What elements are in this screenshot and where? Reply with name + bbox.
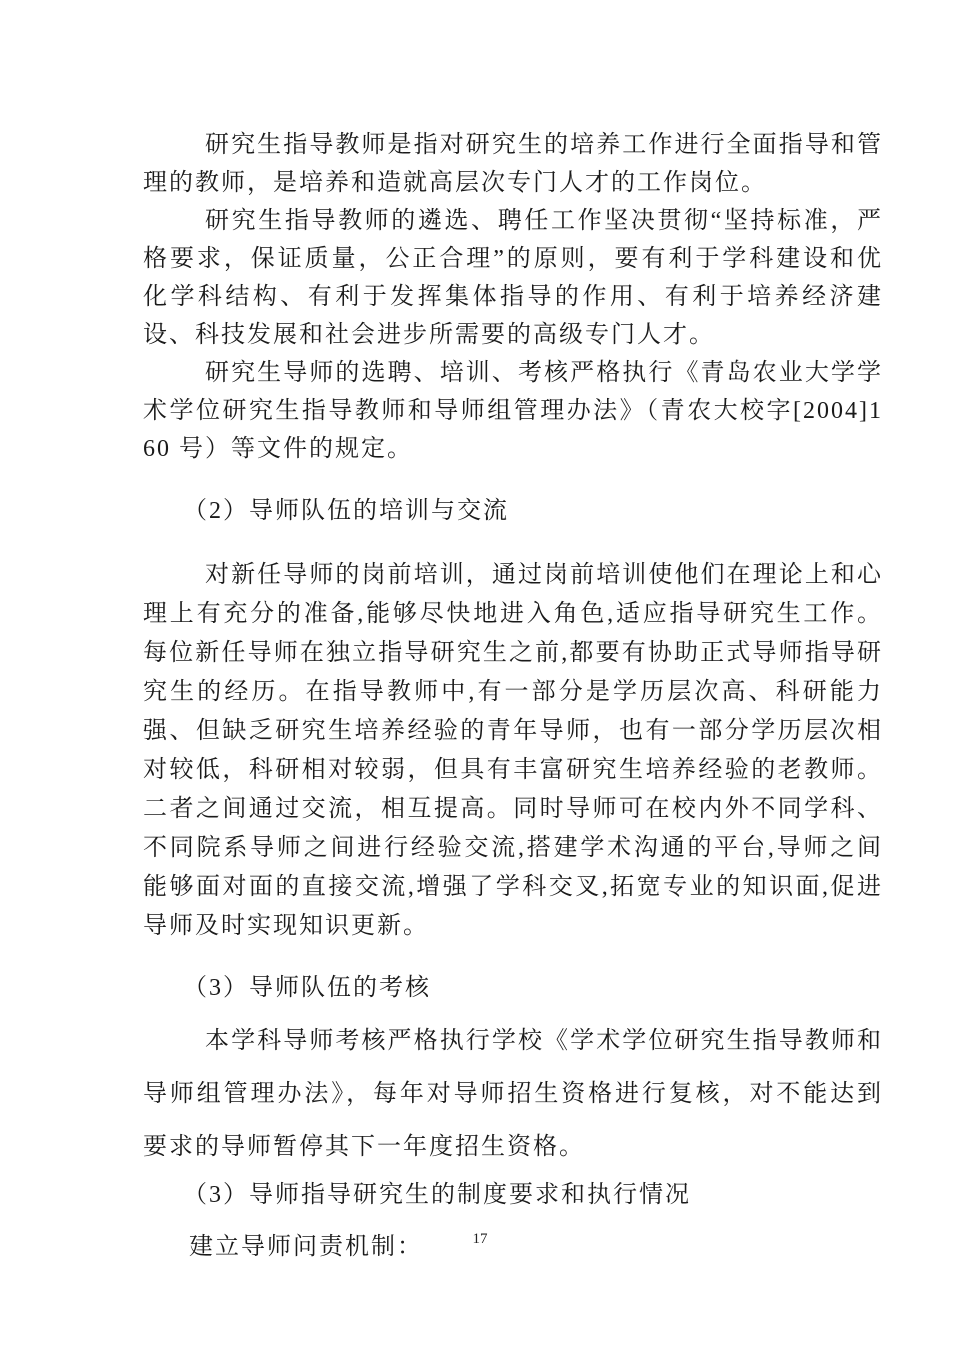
heading-supervisor-training-exchange: （2）导师队伍的培训与交流 [143, 492, 883, 530]
paragraph-assessment-review: 本学科导师考核严格执行学校《学术学位研究生指导教师和导师组管理办法》，每年对导师… [143, 1015, 883, 1174]
page-number: 17 [0, 1230, 960, 1248]
paragraph-selection-principles: 研究生指导教师的遴选、聘任工作坚决贯彻“坚持标准，严格要求，保证质量，公正合理”… [143, 202, 883, 354]
heading-guidance-system-requirements: （3）导师指导研究生的制度要求和执行情况 [143, 1176, 883, 1214]
document-page: 研究生指导教师是指对研究生的培养工作进行全面指导和管理的教师，是培养和造就高层次… [0, 0, 960, 1357]
paragraph-pre-post-training: 对新任导师的岗前培训，通过岗前培训使他们在理论上和心理上有充分的准备,能够尽快地… [143, 556, 883, 946]
page-content: 研究生指导教师是指对研究生的培养工作进行全面指导和管理的教师，是培养和造就高层次… [143, 0, 883, 1266]
paragraph-supervisor-definition: 研究生指导教师是指对研究生的培养工作进行全面指导和管理的教师，是培养和造就高层次… [143, 126, 883, 202]
paragraph-regulation-reference: 研究生导师的选聘、培训、考核严格执行《青岛农业大学学术学位研究生指导教师和导师组… [143, 354, 883, 468]
heading-supervisor-assessment: （3）导师队伍的考核 [143, 969, 883, 1007]
